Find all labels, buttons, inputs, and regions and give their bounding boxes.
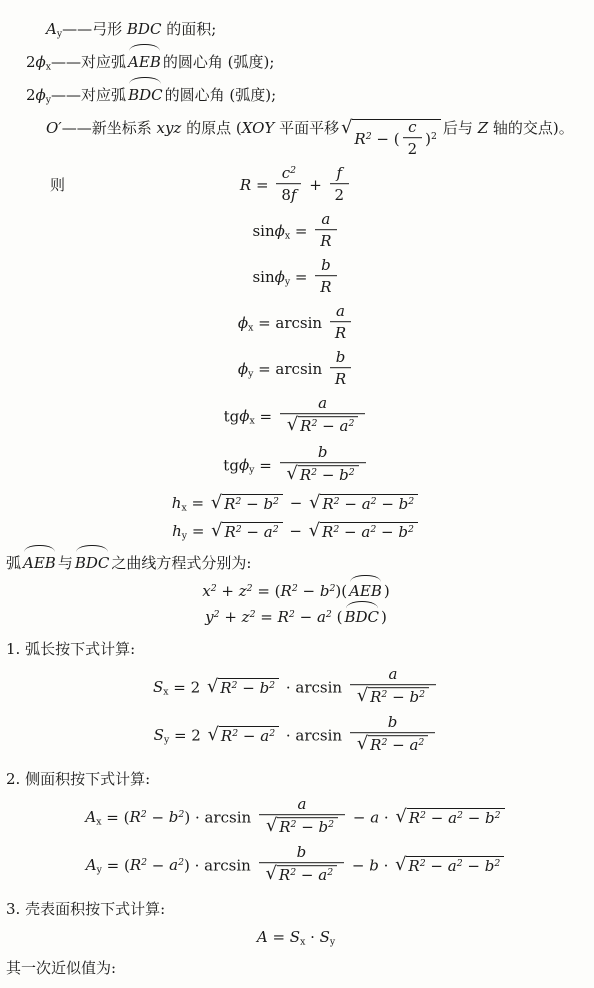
math-text: Ay (86, 856, 102, 874)
denominator: 2 (330, 184, 350, 204)
math-text: 轴的交点)。 (488, 119, 574, 137)
math-text: R2 (370, 688, 387, 706)
fraction: c28f (276, 164, 301, 204)
math-text: R (240, 176, 251, 194)
math-text: a2 (362, 495, 377, 513)
denominator: 8f (276, 184, 301, 204)
math-text: a (336, 302, 345, 320)
arc-label: BDC (128, 83, 163, 107)
math-text: R2 (129, 808, 146, 826)
superscript: 2 (327, 867, 333, 878)
heading-arc-length: 1. 弧长按下式计算: (4, 637, 588, 661)
math-text: a2 (318, 866, 333, 884)
superscript: 2 (348, 418, 354, 429)
math-text: Z (478, 119, 488, 137)
math-text: − (340, 495, 362, 513)
math-text: sin (252, 222, 274, 240)
math-text: − (426, 809, 448, 827)
math-text: 平面平移 (274, 119, 339, 137)
math-text: R2 (279, 866, 296, 884)
math-text: − (238, 727, 260, 745)
math-text: 2 (335, 186, 345, 204)
math-text: − (242, 523, 264, 541)
superscript: 2 (431, 131, 437, 142)
eq-hy: hy = √R2 − a2 − √R2 − a2 − b2 (4, 519, 588, 543)
math-text: − (463, 809, 485, 827)
def-area-ay: Ay——弓形 BDC 的面积; (4, 17, 588, 41)
math-text: tg (224, 407, 240, 425)
square-root: √R2 − a2 − b2 (395, 856, 504, 877)
radical-sign: √ (211, 522, 222, 541)
numerator: f (330, 164, 350, 184)
math-text: 8 (281, 186, 291, 204)
math-text: a2 (448, 857, 463, 875)
def-angle-2phiy: 2ϕy——对应弧BDC的圆心角 (弧度); (4, 83, 588, 107)
numerator: b (280, 443, 366, 463)
math-text: BDC (127, 20, 162, 38)
heading-shell-area: 3. 壳表面积按下式计算: (4, 897, 588, 921)
math-text: z2 (242, 608, 256, 626)
math-text: − (241, 495, 263, 513)
math-text: ) (381, 608, 387, 626)
math-text: b2 (319, 818, 335, 836)
math-text: R2 (278, 608, 295, 626)
math-text: a2 (264, 523, 279, 541)
numerator: b (315, 256, 336, 276)
math-text: b (318, 443, 328, 461)
fraction: f2 (330, 164, 350, 204)
numerator: a (280, 394, 365, 414)
math-text: Sx (153, 678, 169, 696)
math-text: XOY (242, 119, 275, 137)
denominator: 2 (403, 138, 423, 158)
radicand: R2 − a2 (277, 865, 337, 886)
math-text: − (387, 736, 409, 754)
math-text: a (318, 394, 327, 412)
square-root: √R2 − b2 (287, 465, 359, 486)
eq-hx: hx = √R2 − b2 − √R2 − a2 − b2 (4, 491, 588, 515)
math-text: + (217, 582, 239, 600)
fraction: b√R2 − b2 (280, 443, 366, 486)
fraction: aR (330, 302, 351, 342)
math-text: ϕx (275, 222, 290, 240)
eq-shell-area: A = Sx · Sy (4, 925, 588, 947)
math-text: = arcsin (253, 360, 327, 378)
superscript: 2 (495, 810, 501, 821)
math-text: R2 (300, 466, 317, 484)
radical-sign: √ (266, 817, 277, 836)
superscript: 2 (269, 680, 275, 691)
math-text: 2. 侧面积按下式计算: (6, 770, 150, 788)
intro-curve-equations: 弧AEB与BDC之曲线方程式分别为: (4, 551, 588, 575)
math-text: − (285, 494, 307, 512)
math-text: ϕy (239, 456, 255, 474)
math-text: b2 (409, 688, 425, 706)
math-text: R2 (408, 857, 425, 875)
eq-phix: ϕx = arcsin aR (4, 302, 588, 344)
math-text: a (321, 210, 330, 228)
numerator: a (259, 795, 345, 815)
math-text: b2 (485, 857, 501, 875)
math-text: ϕy (238, 360, 254, 378)
math-text: b (369, 856, 379, 874)
radicand: R2 − b2 (277, 817, 338, 838)
math-text: xyz (156, 119, 181, 137)
superscript: 2 (408, 523, 414, 534)
math-text: = (255, 407, 277, 425)
superscript: 2 (273, 523, 279, 534)
radicand: R2 − a2 (368, 735, 428, 756)
math-text: 2 (26, 86, 36, 104)
radicand: R2 − b2 (222, 494, 283, 515)
math-text: )( (335, 582, 347, 600)
radical-sign: √ (211, 494, 222, 513)
math-text: − (387, 688, 409, 706)
math-text: a2 (317, 608, 332, 626)
math-text: Sy (154, 726, 170, 744)
math-text: − (147, 808, 169, 826)
math-text: a2 (409, 736, 424, 754)
fraction: a√R2 − a2 (280, 394, 365, 437)
numerator: a (315, 210, 336, 230)
math-text: − (285, 522, 307, 540)
math-text: Ax (85, 808, 101, 826)
fraction: a√R2 − b2 (259, 795, 345, 838)
superscript: 2 (328, 819, 334, 830)
math-text: R2 (354, 130, 371, 148)
math-text: R2 (221, 727, 238, 745)
square-root: √R2 − b2 (266, 817, 338, 838)
denominator: √R2 − b2 (259, 815, 345, 838)
math-text: a2 (448, 809, 463, 827)
arc-label: AEB (349, 581, 382, 601)
eq-arc-sy: Sy = 2 √R2 − a2 · arcsin b√R2 − a2 (4, 713, 588, 758)
radicand: R2 − b2 (218, 678, 279, 699)
radicand: R2 − b2 (368, 687, 429, 708)
math-text: R2 (220, 679, 237, 697)
def-angle-2phix: 2ϕx——对应弧AEB的圆心角 (弧度); (4, 50, 588, 74)
fraction: aR (315, 210, 336, 250)
math-text: b (388, 713, 398, 731)
radicand: R2 − a2 − b2 (320, 522, 418, 543)
math-text: b2 (485, 809, 501, 827)
square-root: √R2 − a2 (287, 416, 358, 437)
math-text: R2 (322, 523, 339, 541)
math-text: R2 (224, 495, 241, 513)
denominator: √R2 − a2 (259, 863, 344, 886)
math-text: 的原点 ( (181, 119, 241, 137)
square-root: √R2 − b2 (211, 494, 283, 515)
math-text: a2 (169, 856, 184, 874)
math-text: = 2 (169, 726, 205, 744)
math-text: ( (332, 608, 343, 626)
math-text: · arcsin (281, 726, 347, 744)
radical-sign: √ (357, 687, 368, 706)
math-text: c (408, 118, 416, 136)
denominator: R (330, 368, 351, 388)
math-text: = ( (253, 582, 281, 600)
math-text: 与 (58, 554, 73, 572)
math-text: c2 (282, 164, 296, 182)
math-text: Sx (290, 928, 306, 946)
math-text: b (321, 256, 331, 274)
arc-label: AEB (128, 50, 161, 74)
math-text: b (336, 348, 346, 366)
math-text: ——弓形 (62, 20, 127, 38)
denominator: R (315, 276, 336, 296)
math-text: hy (172, 522, 187, 540)
math-text: A (257, 928, 268, 946)
math-text: a (298, 795, 307, 813)
text-first-approximation: 其一次近似值为: (4, 956, 588, 980)
eq-sin-phiy: sinϕy = bR (4, 256, 588, 298)
math-text: ϕy (275, 268, 291, 286)
math-text: − (347, 856, 369, 874)
subscript: y (330, 936, 335, 947)
numerator: a (350, 665, 436, 685)
eq-arc-sx: Sx = 2 √R2 − b2 · arcsin a√R2 − b2 (4, 665, 588, 710)
math-text: R2 (281, 582, 298, 600)
math-text: = (187, 522, 209, 540)
math-text: b2 (260, 679, 276, 697)
superscript: 2 (419, 689, 425, 700)
math-text: − ( (372, 130, 400, 148)
math-text: y2 (205, 608, 219, 626)
math-text: = ( (102, 856, 130, 874)
superscript: 2 (408, 496, 414, 507)
fraction: a√R2 − b2 (350, 665, 436, 708)
math-text: Sy (320, 928, 336, 946)
math-text: R2 (322, 495, 339, 513)
math-text: R2 (130, 856, 147, 874)
math-text: R (320, 278, 331, 296)
math-text: R2 (279, 818, 296, 836)
radical-sign: √ (395, 808, 406, 827)
superscript: 2 (349, 467, 355, 478)
math-text: − (317, 466, 339, 484)
math-text: − (147, 856, 169, 874)
radicand: R2 − (c2)2 (352, 119, 441, 160)
eq-sin-phix: sinϕx = aR (4, 210, 588, 252)
numerator: c (403, 118, 423, 138)
square-root: √R2 − a2 − b2 (309, 522, 418, 543)
eq-tg-phiy: tgϕy = b√R2 − b2 (4, 443, 588, 488)
radical-sign: √ (395, 856, 406, 875)
math-text: f (291, 186, 297, 204)
math-text: − (426, 857, 448, 875)
math-text: − (339, 523, 361, 541)
square-root: √R2 − a2 (266, 865, 337, 886)
radical-sign: √ (287, 465, 298, 484)
math-text: · (379, 856, 393, 874)
def-origin-o: O′——新坐标系 xyz 的原点 (XOY 平面平移√R2 − (c2)2后与 … (4, 116, 588, 160)
math-text: = (290, 222, 312, 240)
math-text: a (370, 808, 379, 826)
math-text: a2 (260, 727, 275, 745)
math-text: − (348, 808, 370, 826)
numerator: b (259, 843, 344, 863)
radical-sign: √ (357, 735, 368, 754)
math-text: z2 (239, 582, 253, 600)
math-text: = 2 (169, 678, 205, 696)
math-text: R (320, 232, 331, 250)
math-text: ) · arcsin (184, 808, 256, 826)
math-text: − (237, 679, 259, 697)
math-text: sin (252, 268, 274, 286)
numerator: b (330, 348, 351, 368)
numerator: b (350, 713, 435, 733)
math-text: 弧 (6, 554, 21, 572)
eq-tg-phix: tgϕx = a√R2 − a2 (4, 394, 588, 439)
math-text: 2 (26, 53, 36, 71)
math-text: b (297, 843, 307, 861)
denominator: √R2 − a2 (350, 733, 435, 756)
math-text: hx (172, 494, 187, 512)
denominator: √R2 − b2 (280, 463, 366, 486)
square-root: √R2 − a2 (211, 522, 282, 543)
math-text: R2 (409, 809, 426, 827)
math-text: b2 (169, 808, 185, 826)
math-text: ) (384, 582, 390, 600)
eq-area-ax: Ax = (R2 − b2) · arcsin a√R2 − b2 − a · … (4, 795, 588, 840)
eq-radius: 则R = c28f + f2 (4, 164, 588, 206)
eq-phiy: ϕy = arcsin bR (4, 348, 588, 390)
radicand: R2 − b2 (298, 465, 359, 486)
math-text: − (296, 818, 318, 836)
radical-sign: √ (309, 522, 320, 541)
fraction: b√R2 − a2 (259, 843, 344, 886)
math-text: a2 (339, 417, 354, 435)
superscript: 2 (290, 165, 296, 176)
math-text: + (220, 608, 242, 626)
math-text: = (256, 608, 278, 626)
superscript: 2 (269, 728, 275, 739)
math-text: − (463, 857, 485, 875)
eq-area-ay: Ay = (R2 − a2) · arcsin b√R2 − a2 − b · … (4, 843, 588, 888)
math-text: 1. 弧长按下式计算: (6, 640, 135, 658)
math-text: 之曲线方程式分别为: (111, 554, 251, 572)
math-text: = (251, 176, 273, 194)
eq-curve-bdc: y2 + z2 = R2 − a2 (BDC) (4, 605, 588, 627)
eq-radius-label: 则 (50, 175, 65, 195)
math-text: 后与 (443, 119, 478, 137)
math-text: − (295, 608, 317, 626)
numerator: a (330, 302, 351, 322)
denominator: √R2 − a2 (280, 414, 365, 437)
math-text: − (296, 866, 318, 884)
numerator: c2 (276, 164, 301, 184)
math-text: = (187, 494, 209, 512)
math-text: = (290, 268, 312, 286)
math-text: 的圆心角 (弧度); (165, 86, 277, 104)
denominator: R (315, 230, 336, 250)
radical-sign: √ (207, 678, 218, 697)
arc-label: AEB (23, 551, 56, 575)
document-page: Ay——弓形 BDC 的面积;2ϕx——对应弧AEB的圆心角 (弧度);2ϕy—… (0, 0, 594, 988)
math-text: )2 (425, 130, 437, 148)
math-text: · (379, 808, 393, 826)
math-text: R (335, 370, 346, 388)
math-text: ——新坐标系 (62, 119, 157, 137)
denominator: √R2 − b2 (350, 685, 436, 708)
math-text: 其一次近似值为: (6, 959, 116, 977)
square-root: √R2 − a2 − b2 (309, 494, 418, 515)
radical-sign: √ (208, 726, 219, 745)
math-text: − (377, 495, 399, 513)
math-text: ϕx (238, 314, 253, 332)
radicand: R2 − a2 − b2 (406, 856, 504, 877)
math-text: = (254, 456, 276, 474)
math-text: R (335, 324, 346, 342)
square-root: √R2 − (c2)2 (341, 119, 441, 160)
math-text: = ( (102, 808, 130, 826)
math-text: b2 (263, 495, 279, 513)
math-text: = arcsin (253, 314, 327, 332)
math-text: ϕx (239, 407, 254, 425)
math-text: ) · arcsin (184, 856, 256, 874)
math-text: − (376, 523, 398, 541)
math-text: O′ (46, 119, 62, 137)
fraction: c2 (403, 118, 423, 158)
math-text: 的圆心角 (弧度); (163, 53, 275, 71)
math-text: x2 (202, 582, 216, 600)
math-text: ——对应弧 (51, 86, 126, 104)
math-text: 2 (408, 140, 418, 158)
math-text: a (388, 665, 397, 683)
radicand: R2 − a2 (219, 726, 279, 747)
arc-label: BDC (75, 551, 110, 575)
math-text: f (337, 164, 343, 182)
radical-sign: √ (341, 119, 352, 138)
math-text: b2 (339, 466, 355, 484)
square-root: √R2 − a2 (357, 735, 428, 756)
superscript: 2 (418, 737, 424, 748)
math-text: = (268, 928, 290, 946)
math-text: − (298, 582, 320, 600)
math-text: R2 (300, 417, 317, 435)
arc-label: BDC (344, 607, 379, 627)
math-text: ——对应弧 (51, 53, 126, 71)
radicand: R2 − a2 − b2 (320, 494, 418, 515)
superscript: 2 (494, 858, 500, 869)
math-text: a2 (361, 523, 376, 541)
fraction: bR (315, 256, 336, 296)
square-root: √R2 − b2 (357, 687, 429, 708)
square-root: √R2 − a2 (208, 726, 279, 747)
radical-sign: √ (287, 416, 298, 435)
math-text: · (305, 928, 319, 946)
math-text: ϕx (36, 53, 51, 71)
radicand: R2 − a2 (222, 522, 282, 543)
denominator: R (330, 322, 351, 342)
math-text: R2 (370, 736, 387, 754)
heading-side-area: 2. 侧面积按下式计算: (4, 767, 588, 791)
fraction: bR (330, 348, 351, 388)
math-text: − (317, 417, 339, 435)
math-text: Ay (46, 20, 62, 38)
eq-curve-aeb: x2 + z2 = (R2 − b2)(AEB) (4, 579, 588, 601)
fraction: b√R2 − a2 (350, 713, 435, 756)
math-text: R2 (224, 523, 241, 541)
math-text: b2 (398, 523, 414, 541)
math-text: · arcsin (281, 678, 347, 696)
math-text: b2 (320, 582, 336, 600)
square-root: √R2 − b2 (207, 678, 279, 699)
superscript: 2 (273, 496, 279, 507)
math-text: tg (223, 456, 239, 474)
radicand: R2 − a2 − b2 (407, 808, 505, 829)
square-root: √R2 − a2 − b2 (395, 808, 504, 829)
